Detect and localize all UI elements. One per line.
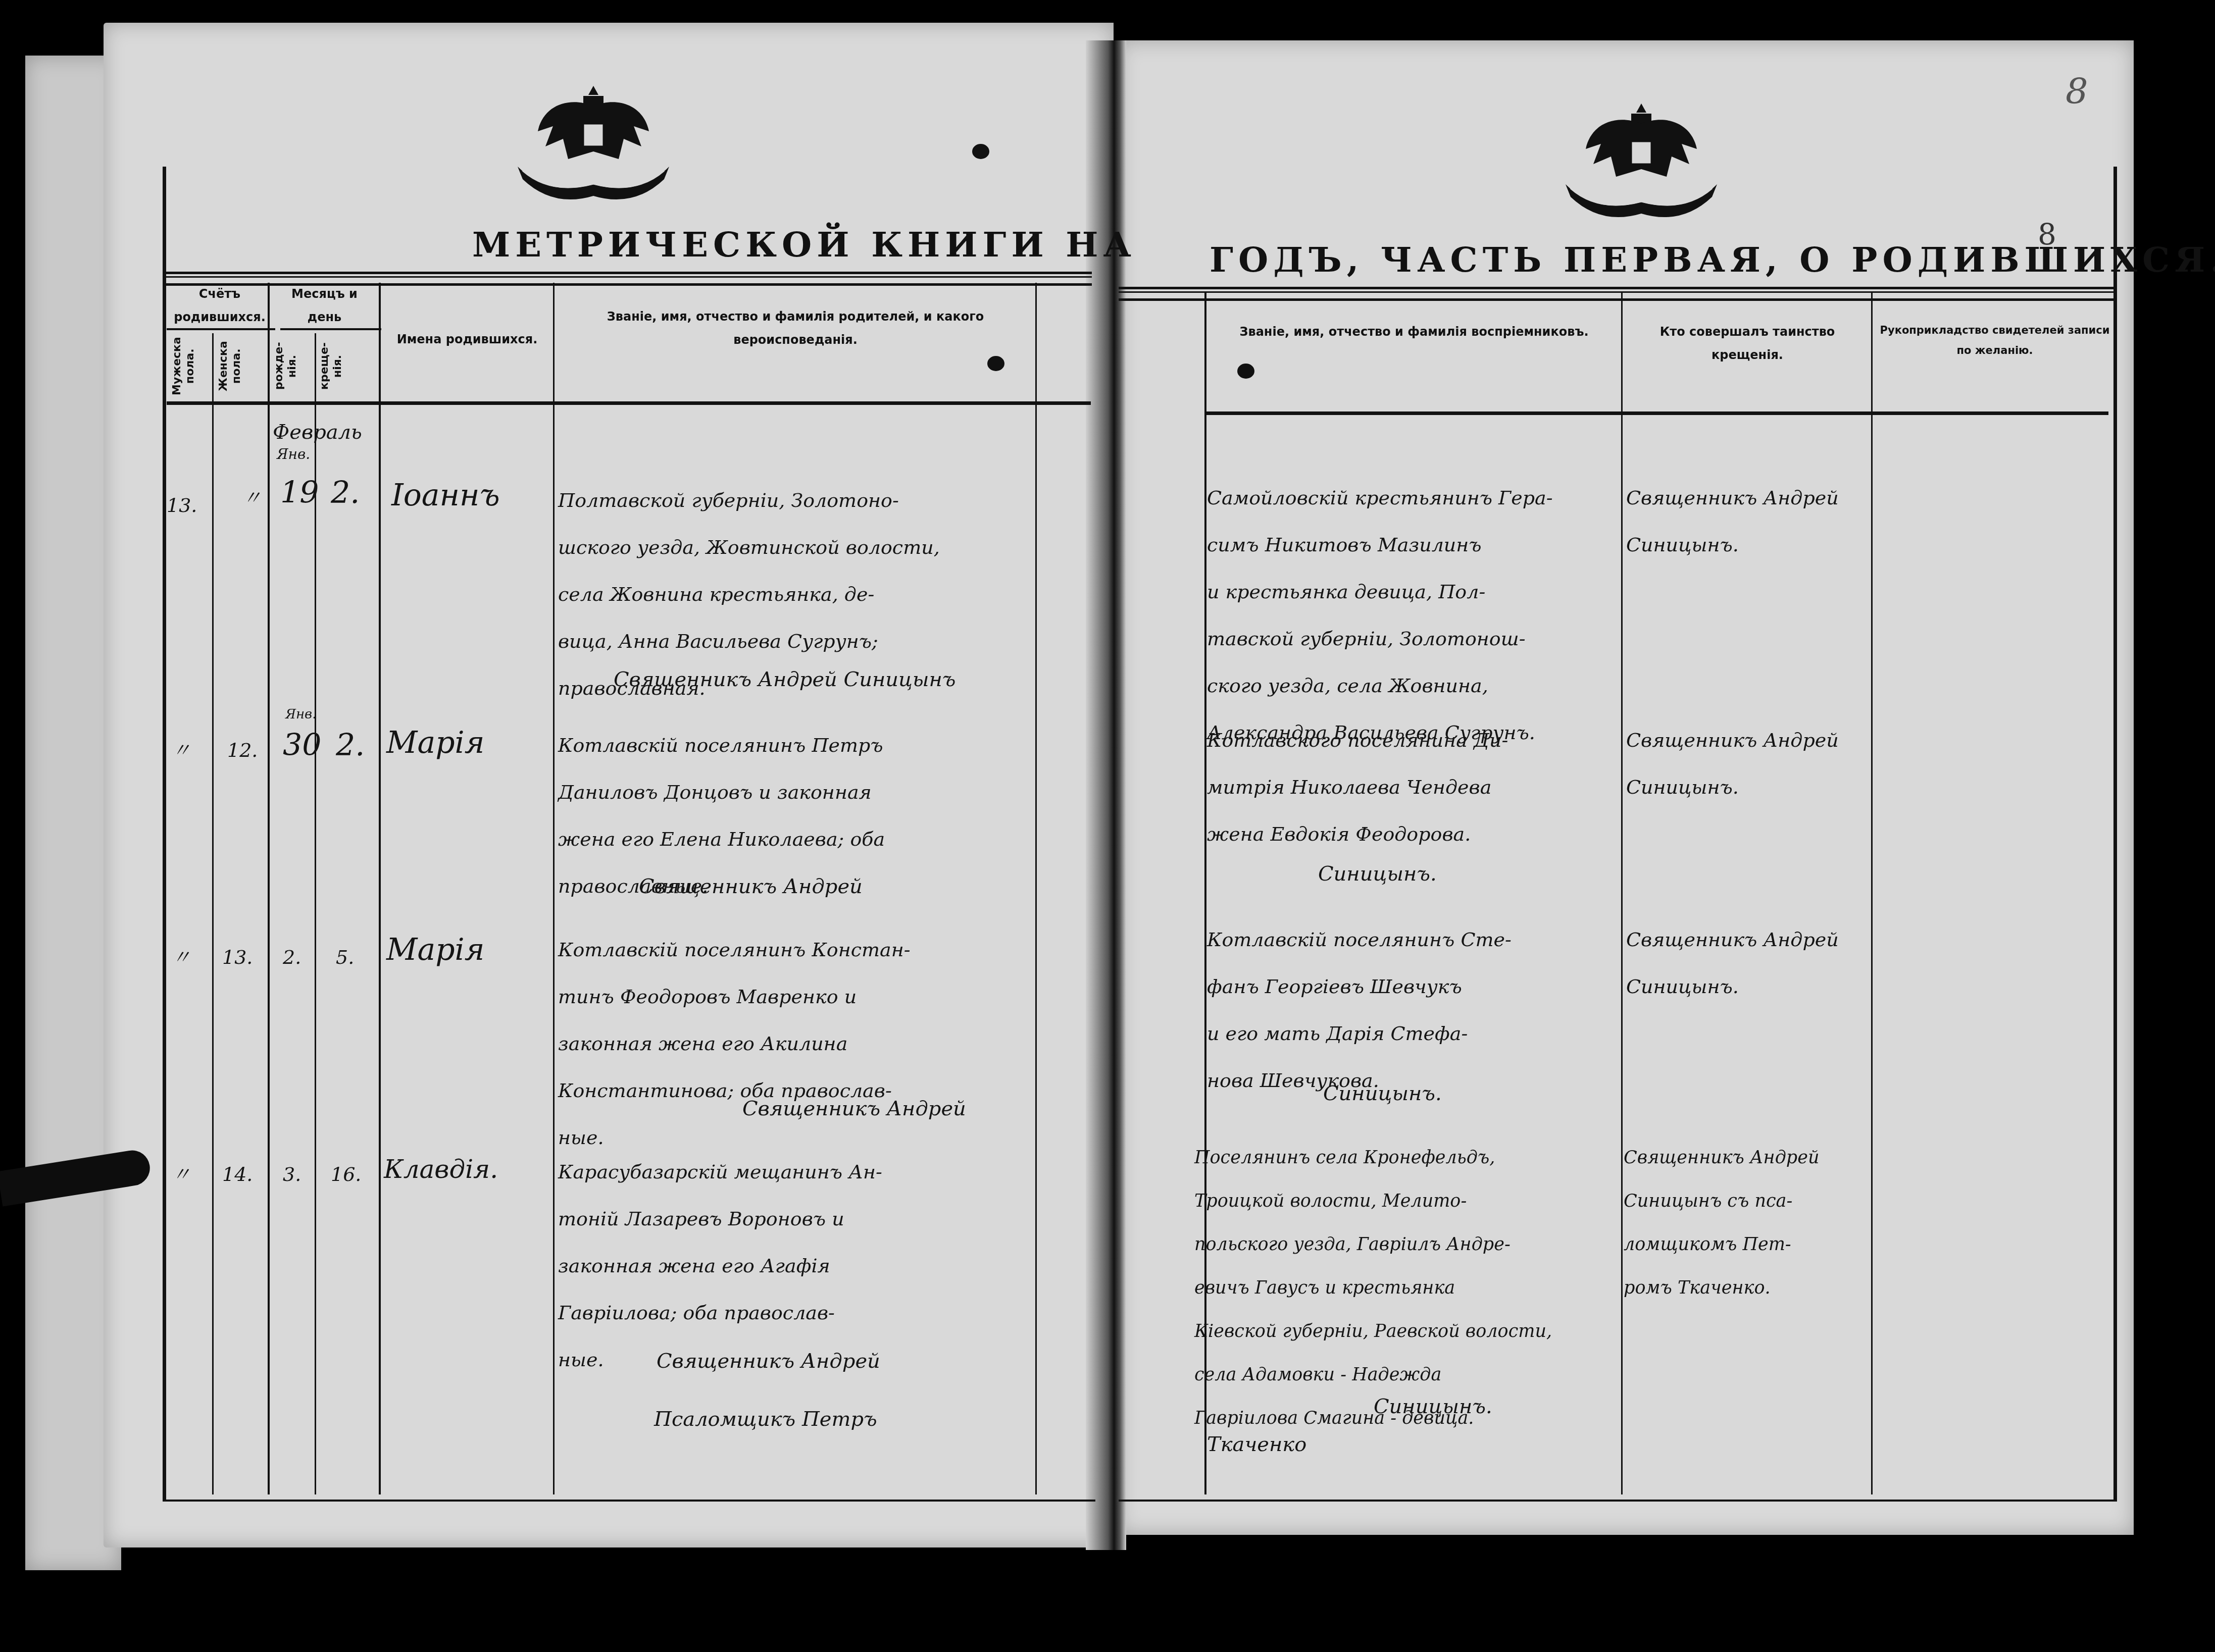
priest-signature: Священникъ Андрей — [639, 863, 863, 910]
header-rule-top — [1119, 287, 2113, 301]
child-name: Марія — [386, 926, 485, 973]
officiant-text: Священникъ Андрей Синицынъ. — [1626, 717, 1839, 811]
godparents-text: Самойловскій крестьянинъ Гера- симъ Ники… — [1207, 475, 1553, 756]
header-rule-bottom — [1204, 411, 2108, 415]
pencil-page-number: 8 — [2066, 71, 2088, 112]
birth-month: Янв. — [285, 704, 317, 725]
header-names: Имена родившихся. — [384, 328, 550, 351]
header-count-group: Счётъ родившихся. — [169, 283, 270, 329]
header-date-birth: рожде-нія. — [273, 336, 313, 396]
birth-day: 3. — [283, 1151, 301, 1198]
officiant-text: Священникъ Андрей Синицынъ съ пса- ломщи… — [1624, 1136, 1819, 1310]
header-godparents: Званіе, имя, отчество и фамилія воспріем… — [1212, 321, 1616, 344]
birth-day: 30 — [283, 722, 321, 769]
month-sub-annotation: Янв. — [277, 444, 310, 464]
title-right: годъ, часть первая, о родившихся. — [1210, 240, 2215, 280]
baptism-day: 2. — [331, 470, 360, 517]
priest-signature: Священникъ Андрей — [657, 1338, 880, 1385]
binding-hole — [1237, 364, 1254, 379]
baptism-day: 5. — [336, 934, 354, 981]
column-divider — [212, 333, 214, 1494]
male-number: 〃 — [172, 1151, 191, 1198]
male-number: 〃 — [172, 727, 191, 774]
header-count-female: Женска пола. — [217, 336, 265, 396]
officiant-text: Священникъ Андрей Синицынъ. — [1626, 916, 1839, 1010]
godparents-signature: Синицынъ. — [1318, 851, 1437, 898]
officiant-text: Священникъ Андрей Синицынъ. — [1626, 475, 1839, 569]
priest-signature: Священникъ Андрей — [742, 1086, 966, 1132]
header-parents: Званіе, имя, отчество и фамилія родителе… — [561, 305, 1030, 351]
baptism-day: 2. — [336, 722, 365, 769]
female-number: 〃 — [242, 475, 262, 522]
psalmist-signature: Ткаченко — [1207, 1421, 1306, 1468]
godparents-signature: Синицынъ. — [1323, 1070, 1442, 1117]
header-date-baptism: креще-нія. — [318, 336, 376, 396]
column-divider — [379, 283, 381, 1494]
birth-day: 19 — [280, 470, 319, 517]
child-name: Марія — [386, 719, 485, 766]
male-number: 〃 — [172, 934, 191, 981]
header-date-group: Месяцъ и день — [273, 283, 376, 329]
binding-hole — [987, 356, 1004, 371]
column-divider — [553, 283, 555, 1494]
psalmist-signature: Псаломщикъ Петръ — [654, 1396, 877, 1443]
child-name: Клавдія. — [384, 1146, 498, 1193]
title-left: Метрической книги на — [472, 225, 1136, 265]
female-number: 13. — [222, 934, 253, 981]
header-witness-signatures: Рукоприкладство свидетелей записи по жел… — [1876, 321, 2113, 361]
child-name: Іоаннъ — [391, 472, 500, 519]
female-number: 14. — [222, 1151, 253, 1198]
birth-day: 2. — [283, 934, 301, 981]
column-divider — [1621, 293, 1623, 1494]
female-number: 12. — [227, 727, 258, 774]
header-rule-bottom — [167, 401, 1091, 405]
godparents-text: Котлавского поселянина Ди- митрія Никола… — [1207, 717, 1508, 858]
male-number: 13. — [167, 482, 197, 529]
baptism-day: 16. — [331, 1151, 361, 1198]
godparents-signature: Синицынъ. — [1374, 1383, 1492, 1430]
header-count-male: Мужеска пола. — [171, 336, 211, 396]
column-divider — [268, 283, 270, 1494]
column-divider — [1871, 293, 1873, 1494]
header-officiant: Кто совершалъ таинство крещенія. — [1626, 321, 1869, 367]
column-divider — [1035, 283, 1037, 1494]
priest-signature: Священникъ Андрей Синицынъ — [614, 656, 956, 703]
binding-hole — [972, 144, 989, 159]
